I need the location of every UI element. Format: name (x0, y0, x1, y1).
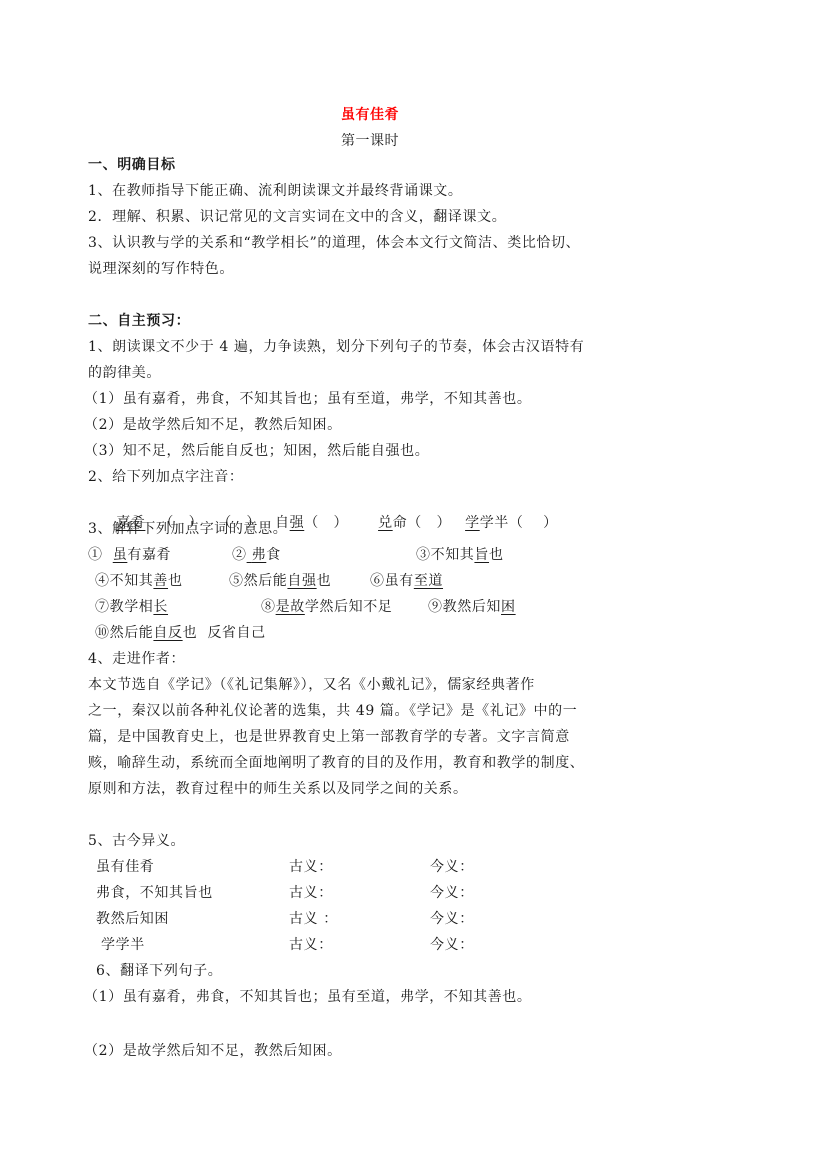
q4-line-3: 篇，是中国教育史上，也是世界教育史上第一部教育学的专著。文字言简意 (88, 727, 570, 747)
q2-prompt: 2、给下列加点字注音： (88, 467, 244, 487)
q2-item-5-paren[interactable]: （ ） (509, 515, 558, 531)
q3-item-3-word: 旨 (474, 547, 489, 563)
q3-item-10-num: ⑩ (95, 625, 110, 641)
q3-item-1-word: 虽 (113, 547, 128, 563)
q3-prompt: 3、解释下列加点字词的意思。 (88, 519, 287, 539)
q5-row-1-phrase: 虽有佳肴 (96, 857, 154, 877)
q3-item-6-num: ⑥ (370, 573, 385, 589)
q2-item-3-word: 强 (290, 515, 305, 531)
q3-item-7: ⑦教学相长 (95, 597, 168, 617)
q3-item-8-post: 学然后知不足 (305, 599, 393, 615)
q3-item-10-post: 也 反省自己 (183, 625, 266, 641)
q5-row-2-phrase: 弗食，不知其旨也 (96, 883, 213, 903)
q3-item-3-num: ③ (416, 547, 431, 563)
q3-item-6-pre: 虽有 (385, 573, 414, 589)
q3-item-9: ⑨教然后知困 (428, 597, 516, 617)
document-subtitle: 第一课时 (0, 130, 740, 150)
q3-item-4-num: ④ (95, 573, 110, 589)
q3-item-3-pre: 不知其 (431, 547, 475, 563)
q3-item-4: ④不知其善也 (95, 571, 183, 591)
q2-item-5-rest: 学半 (480, 515, 509, 531)
q1-line-1: 1、朗读课文不少于 4 遍，力争读熟，划分下列句子的节奏，体会古汉语特有 (88, 337, 584, 357)
q5-row-4-phrase: 学学半 (96, 935, 145, 955)
q3-item-7-word: 长 (153, 599, 168, 615)
q1-sentence-2: （2）是故学然后知不足，教然后知困。 (84, 415, 342, 435)
q4-line-4: 赅，喻辞生动，系统而全面地阐明了教育的目的及作用，教育和教学的制度、 (88, 753, 584, 773)
q5-row-4-modern[interactable]: 今义： (430, 935, 474, 955)
q2-item-5-word: 学 (465, 515, 480, 531)
q3-item-5-word: 自强 (287, 573, 316, 589)
q5-row-2-modern[interactable]: 今义： (430, 883, 474, 903)
q1-line-2: 的韵律美。 (88, 363, 161, 383)
q3-item-9-pre: 教然后知 (443, 599, 501, 615)
q3-item-3-post: 也 (489, 547, 504, 563)
q3-item-10-pre: 然后能 (110, 625, 154, 641)
q2-item-3-paren[interactable]: （ ） (304, 515, 348, 531)
q6-sentence-1: （1）虽有嘉肴，弗食，不知其旨也；虽有至道，弗学，不知其善也。 (84, 987, 532, 1007)
q3-item-1-num: ① (88, 547, 103, 563)
q2-item-4-rest: 命 (393, 515, 408, 531)
q3-item-7-num: ⑦ (95, 599, 110, 615)
q3-item-4-post: 也 (168, 573, 183, 589)
q4-line-5: 原则和方法，教育过程中的师生关系以及同学之间的关系。 (88, 779, 468, 799)
q3-item-4-word: 善 (153, 573, 168, 589)
q3-item-2-post: 食 (266, 547, 281, 563)
q3-item-8-word: 是故 (276, 599, 305, 615)
q5-row-2-ancient[interactable]: 古义： (289, 883, 333, 903)
q4-prompt: 4、走进作者： (88, 649, 185, 669)
q3-item-9-word: 困 (501, 599, 516, 615)
q3-item-6-word: 至道 (414, 573, 443, 589)
q1-sentence-1: （1）虽有嘉肴，弗食，不知其旨也；虽有至道，弗学，不知其善也。 (84, 389, 532, 409)
q5-prompt: 5、古今异义。 (88, 831, 185, 851)
q3-item-2-num: ② (232, 547, 247, 563)
q2-item-4-paren[interactable]: （ ） (407, 515, 451, 531)
q3-item-7-pre: 教学相 (110, 599, 154, 615)
q5-row-1-modern[interactable]: 今义： (430, 857, 474, 877)
goal-item-1: 1、在教师指导下能正确、流利朗读课文并最终背诵课文。 (88, 181, 463, 201)
q3-item-4-pre: 不知其 (110, 573, 154, 589)
q3-item-8: ⑧是故学然后知不足 (261, 597, 392, 617)
q4-line-2: 之一，秦汉以前各种礼仪论著的选集，共 49 篇。《学记》是《礼记》中的一 (88, 701, 577, 721)
q3-item-10-word: 自反 (153, 625, 182, 641)
q1-sentence-3: （3）知不足，然后能自反也；知困，然后能自强也。 (84, 441, 429, 461)
q3-item-1: ① 虽有嘉肴 (88, 545, 171, 565)
q4-line-1: 本文节选自《学记》（《礼记集解》），又名《小戴礼记》，儒家经典著作 (88, 675, 535, 695)
q3-item-10: ⑩然后能自反也 反省自己 (95, 623, 266, 643)
q2-item-4-word: 兑 (378, 515, 393, 531)
q3-item-5-post: 也 (317, 573, 332, 589)
q6-sentence-2: （2）是故学然后知不足，教然后知困。 (84, 1041, 342, 1061)
q3-item-5-pre: 然后能 (244, 573, 288, 589)
q3-item-2-word: 弗 (252, 547, 267, 563)
q5-row-3-ancient[interactable]: 古义 ： (289, 909, 338, 929)
q5-row-1-ancient[interactable]: 古义： (289, 857, 333, 877)
q5-row-3-modern[interactable]: 今义： (430, 909, 474, 929)
goal-item-3-cont: 说理深刻的写作特色。 (88, 259, 234, 279)
q6-prompt: 6、翻译下列句子。 (96, 961, 222, 981)
q3-item-9-num: ⑨ (428, 599, 443, 615)
q5-row-3-phrase: 教然后知困 (96, 909, 169, 929)
section1-heading: 一、明确目标 (88, 155, 176, 175)
document-page: 虽有佳肴 第一课时 一、明确目标 1、在教师指导下能正确、流利朗读课文并最终背诵… (0, 0, 827, 1169)
q3-item-3: ③不知其旨也 (416, 545, 504, 565)
q3-item-5-num: ⑤ (229, 573, 244, 589)
goal-item-3: 3、认识教与学的关系和“教学相长”的道理，体会本文行文简洁、类比恰切、 (88, 233, 580, 253)
q3-item-6: ⑥虽有至道 (370, 571, 443, 591)
q3-item-5: ⑤然后能自强也 (229, 571, 331, 591)
q3-item-8-num: ⑧ (261, 599, 276, 615)
goal-item-2: 2．理解、积累、识记常见的文言实词在文中的含义，翻译课文。 (88, 207, 506, 227)
q3-item-2: ② 弗食 (232, 545, 281, 565)
q5-row-4-ancient[interactable]: 古义： (289, 935, 333, 955)
section2-heading: 二、自主预习： (88, 311, 190, 331)
document-title: 虽有佳肴 (0, 104, 740, 124)
q3-item-1-pre (103, 547, 108, 563)
q3-item-1-post: 有嘉肴 (127, 547, 171, 563)
